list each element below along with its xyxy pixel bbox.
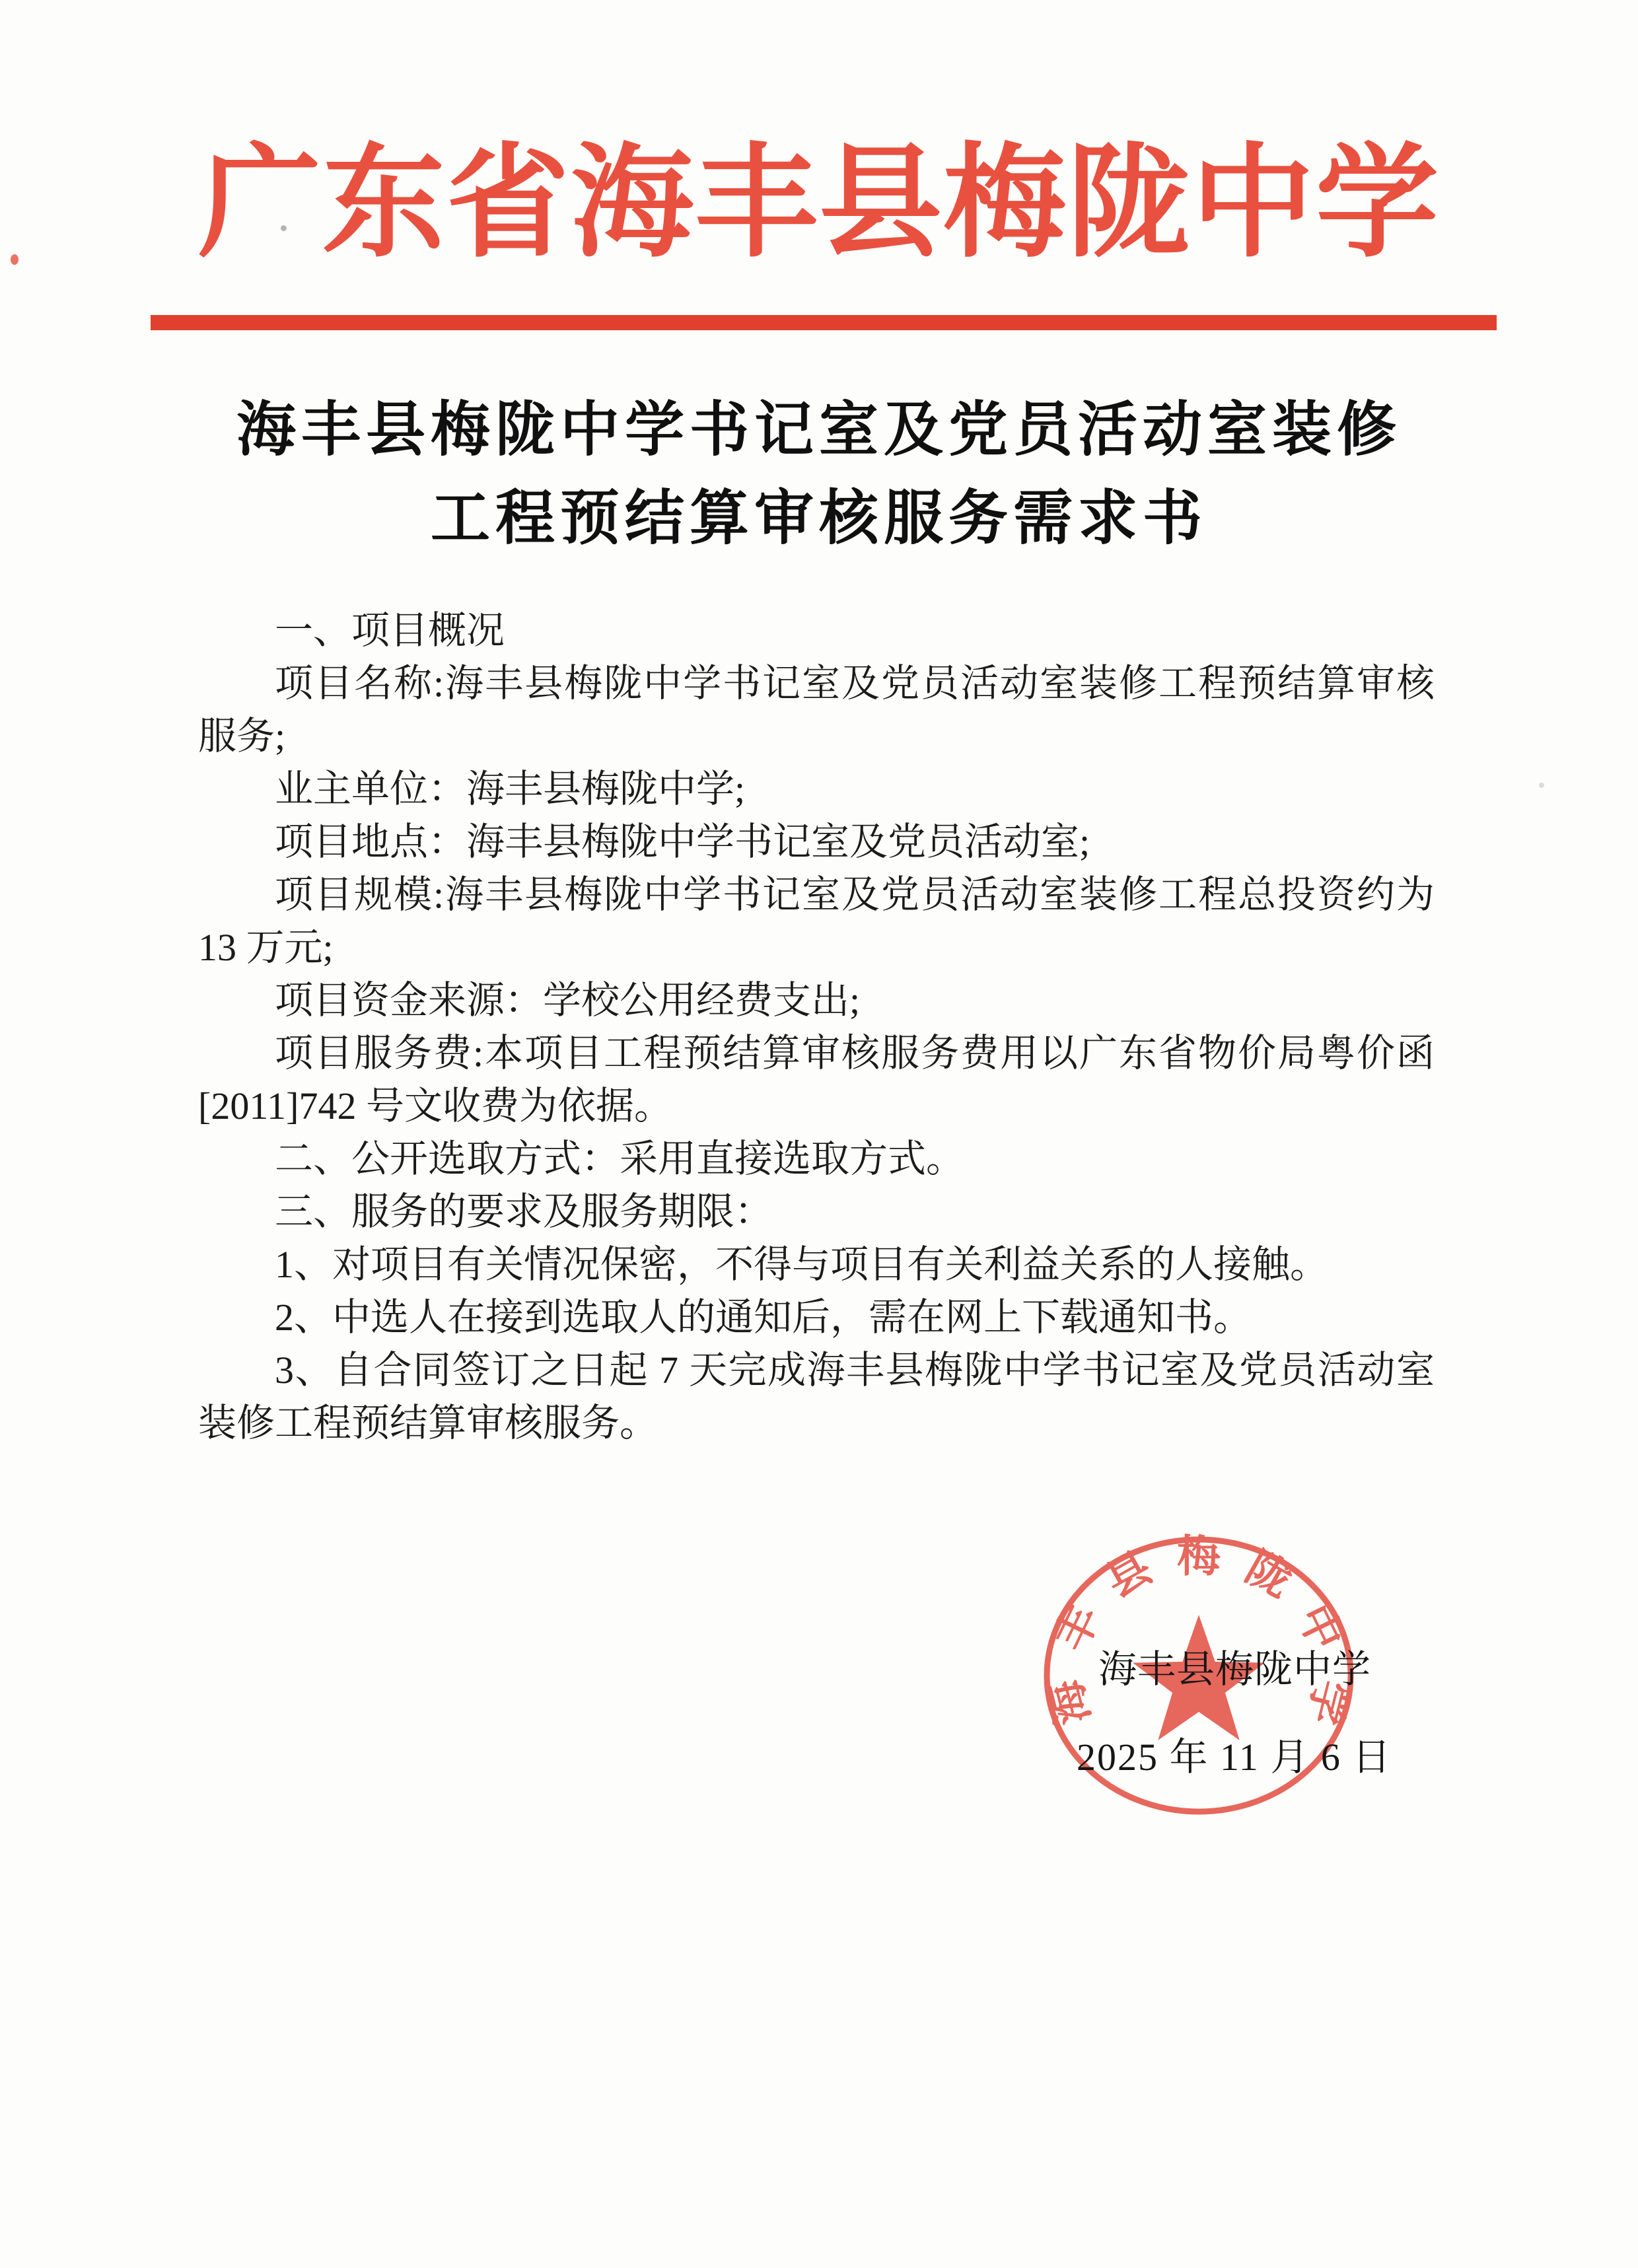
- document-title-line1: 海丰县梅陇中学书记室及党员活动室装修: [0, 386, 1638, 475]
- svg-text:海: 海: [1042, 1675, 1099, 1729]
- paragraph-requirement-2: 2、中选人在接到选取人的通知后，需在网上下载通知书。: [198, 1291, 1435, 1344]
- paragraph-project-scale: 项目规模:海丰县梅陇中学书记室及党员活动室装修工程总投资约为 13 万元;: [198, 868, 1435, 974]
- paragraph-selection-method: 二、公开选取方式：采用直接选取方式。: [198, 1133, 1435, 1186]
- seal-char: 县: [1098, 1543, 1160, 1607]
- document-title-line2: 工程预结算审核服务需求书: [0, 475, 1638, 563]
- scan-speck: [1539, 783, 1544, 788]
- svg-text:县: 县: [1098, 1543, 1160, 1607]
- scanned-document-page: 广东省海丰县梅陇中学 海丰县梅陇中学书记室及党员活动室装修 工程预结算审核服务需…: [0, 0, 1638, 2268]
- signature-org: 海丰县梅陇中学: [1098, 1649, 1371, 1690]
- scan-speck: [11, 254, 18, 265]
- paragraph-project-name: 项目名称:海丰县梅陇中学书记室及党员活动室装修工程预结算审核服务;: [198, 657, 1435, 763]
- paragraph-project-location: 项目地点：海丰县梅陇中学书记室及党员活动室;: [198, 816, 1435, 868]
- paragraph-section-1-heading: 一、项目概况: [198, 604, 1435, 657]
- paragraph-funding-source: 项目资金来源：学校公用经费支出;: [198, 974, 1435, 1027]
- seal-char: 梅: [1177, 1533, 1221, 1581]
- letterhead-rule: [151, 315, 1497, 330]
- letterhead-school-name: 广东省海丰县梅陇中学: [0, 135, 1638, 273]
- seal-char: 陇: [1238, 1543, 1299, 1607]
- signature-date: 2025 年 11 月 6 日: [1077, 1737, 1392, 1778]
- svg-text:陇: 陇: [1238, 1543, 1299, 1607]
- seal-char: 海: [1042, 1675, 1099, 1729]
- svg-text:梅: 梅: [1177, 1533, 1221, 1581]
- paragraph-owner-unit: 业主单位：海丰县梅陇中学;: [198, 763, 1435, 816]
- paragraph-requirement-1: 1、对项目有关情况保密，不得与项目有关利益关系的人接触。: [198, 1238, 1435, 1291]
- paragraph-service-terms: 三、服务的要求及服务期限：: [198, 1186, 1435, 1238]
- document-body: 一、项目概况 项目名称:海丰县梅陇中学书记室及党员活动室装修工程预结算审核服务;…: [198, 604, 1435, 1450]
- paragraph-requirement-3: 3、自合同签订之日起 7 天完成海丰县梅陇中学书记室及党员活动室装修工程预结算审…: [198, 1344, 1435, 1450]
- paragraph-service-fee: 项目服务费:本项目工程预结算审核服务费用以广东省物价局粤价函[2011]742 …: [198, 1027, 1435, 1133]
- scan-speck: [281, 225, 287, 231]
- document-title: 海丰县梅陇中学书记室及党员活动室装修 工程预结算审核服务需求书: [0, 386, 1638, 563]
